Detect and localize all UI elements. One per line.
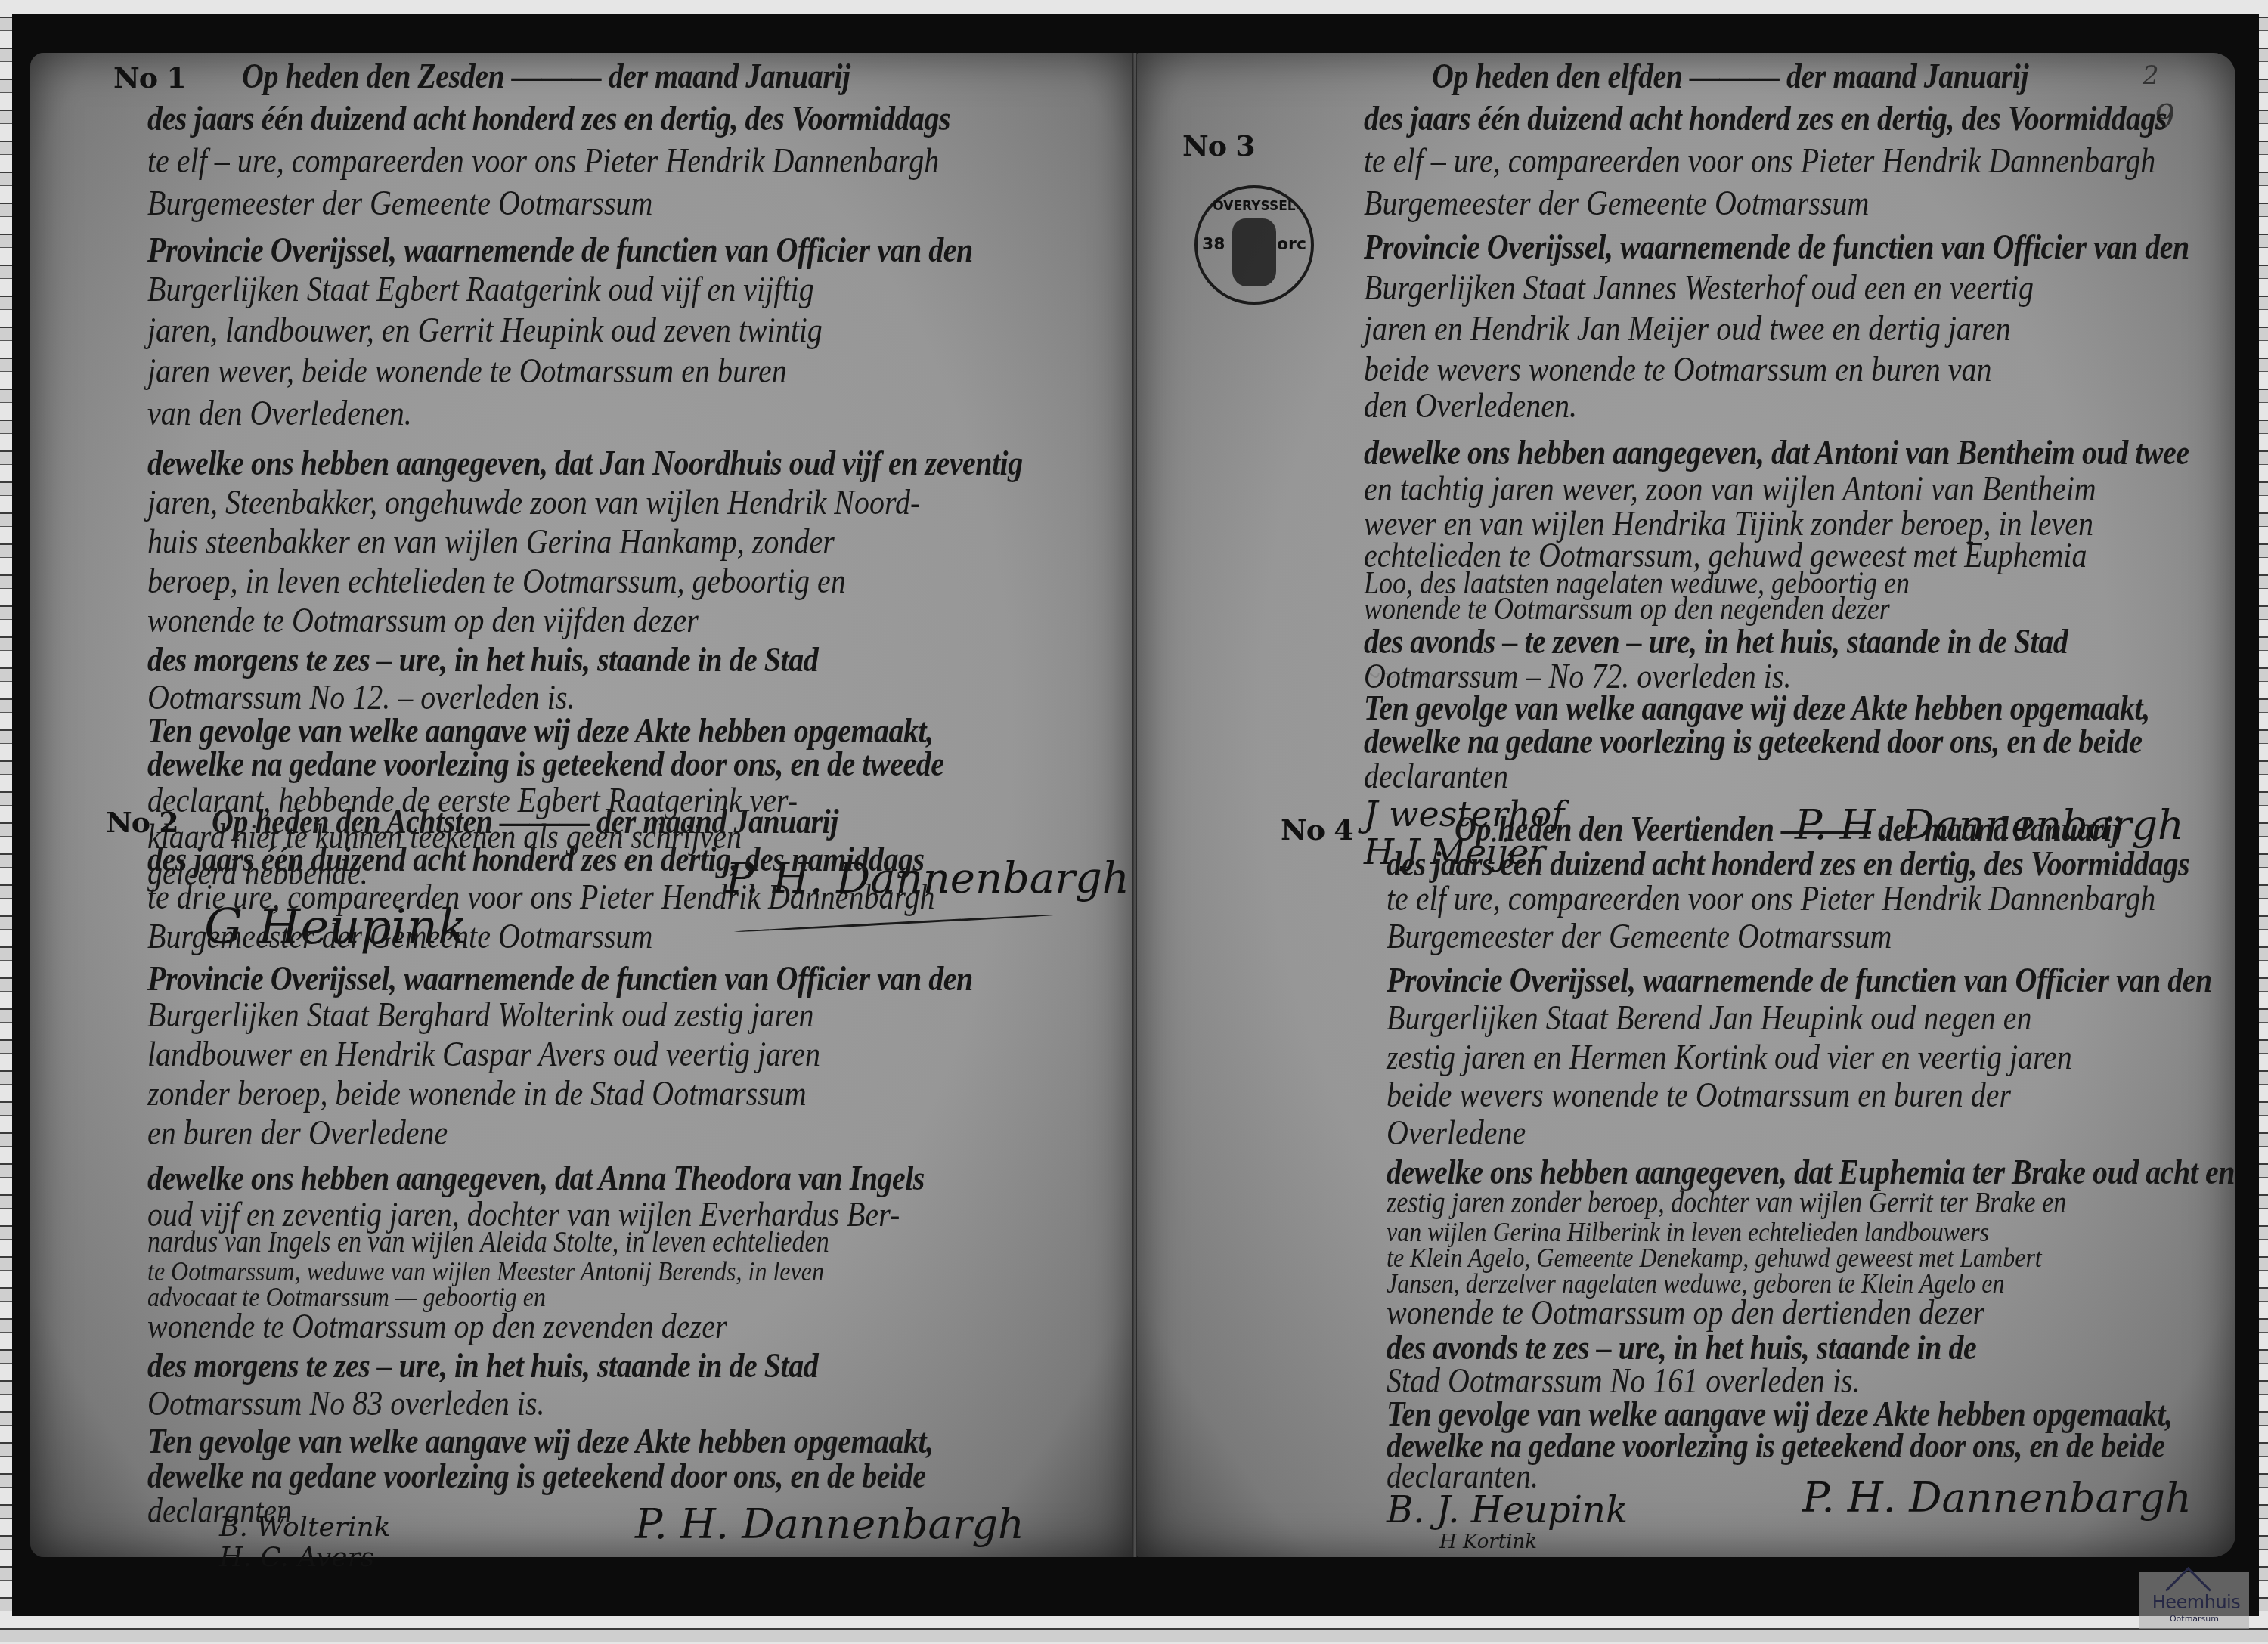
record-line: huis steenbakker en van wijlen Gerina Ha…	[147, 525, 835, 559]
record-line: Ten gevolge van welke aangave wij deze A…	[147, 1424, 934, 1459]
left-page: No 1 Op heden den Zesden ——— der maand J…	[30, 53, 1134, 1557]
record-line: Op heden den elfden ——— der maand Januar…	[1432, 59, 2028, 94]
record-line: des avonds – te zeven – ure, in het huis…	[1364, 624, 2068, 659]
record-line-deceased: dewelke ons hebben aangegeven, dat Anton…	[1364, 435, 2189, 470]
record-line: te elf – ure, compareerden voor ons Piet…	[147, 144, 939, 178]
record-line: van den Overledenen.	[147, 396, 412, 431]
record-line: jaren wever, beide wonende te Ootmarssum…	[147, 354, 787, 389]
record-line: jaren, landbouwer, en Gerrit Heupink oud…	[147, 313, 823, 348]
record-line: dewelke na gedane voorlezing is geteeken…	[147, 1459, 925, 1494]
record-line: des jaars één duizend acht honderd zes e…	[1387, 847, 2189, 881]
record-line: Burgerlijken Staat Berghard Wolterink ou…	[147, 998, 813, 1033]
crown-icon	[1232, 218, 1276, 286]
record-line: beroep, in leven echtelieden te Ootmarss…	[147, 564, 846, 599]
record-line: Op heden den Veertienden ——— der maand J…	[1455, 812, 2120, 847]
record-line: wonende te Ootmarssum op den vijfden dez…	[147, 603, 699, 638]
record-line: Provincie Overijssel, waarnemende de fun…	[147, 233, 973, 268]
record-line: Ten gevolge van welke aangave wij deze A…	[1364, 691, 2150, 726]
record-line: wonende te Ootmarssum op den dertienden …	[1387, 1296, 1984, 1330]
record-line: Ootmarssum No 83 overleden is.	[147, 1386, 545, 1421]
logo-subtitle: Ootmarsum	[2139, 1614, 2249, 1624]
record-line-deceased: dewelke ons hebben aangegeven, dat Euphe…	[1387, 1155, 2235, 1190]
record-line: Stad Ootmarssum No 161 overleden is.	[1387, 1364, 1861, 1398]
record-number: No 2	[106, 805, 178, 839]
record-line: des morgens te zes – ure, in het huis, s…	[147, 1348, 818, 1383]
record-line: Overledene	[1387, 1116, 1526, 1150]
page-number: 2	[2143, 60, 2159, 91]
record-line: des jaars één duizend acht honderd zes e…	[147, 842, 924, 877]
signature-witness: H Kortink	[1439, 1531, 1537, 1553]
record-line: Op heden den Achtsten ——— der maand Janu…	[212, 804, 838, 839]
record-number: No 1	[113, 60, 186, 94]
record-line: wonende te Ootmarssum op den negenden de…	[1364, 593, 1890, 624]
record-line: Burgemeester der Gemeente Ootmarssum	[1364, 186, 1869, 221]
record-line: landbouwer en Hendrik Caspar Avers oud v…	[147, 1037, 820, 1072]
signature-mayor: P. H. Dannenbargh	[1802, 1474, 2192, 1522]
signature-witness: B. Wolterink	[219, 1512, 391, 1543]
record-line: des morgens te zes – ure, in het huis, s…	[147, 642, 818, 677]
record-line: des avonds te zes – ure, in het huis, st…	[1387, 1330, 1976, 1365]
stamp-left-text: 38	[1202, 235, 1225, 254]
record-line: nardus van Ingels en van wijlen Aleida S…	[147, 1228, 829, 1258]
record-line: te elf ure, compareerden voor ons Pieter…	[1387, 881, 2155, 916]
record-line: te elf – ure, compareerden voor ons Piet…	[1364, 144, 2155, 178]
stamp-right-text: orc	[1277, 235, 1306, 254]
record-line: zestig jaren zonder beroep, dochter van …	[1387, 1189, 2066, 1218]
record-line: declaranten	[1364, 759, 1508, 794]
overijssel-seal-stamp: OVERYSSEL 38 orc	[1194, 185, 1314, 305]
record-line: Burgerlijken Staat Berend Jan Heupink ou…	[1387, 1001, 2031, 1036]
record-line: jaren en Hendrik Jan Meijer oud twee en …	[1364, 311, 2011, 346]
record-line: Provincie Overijssel, waarnemende de fun…	[147, 961, 973, 996]
record-line: Burgemeester der Gemeente Ootmarssum	[147, 919, 652, 954]
logo-name: Heemhuis	[2139, 1592, 2253, 1613]
record-line-deceased: dewelke ons hebben aangegeven, dat Anna …	[147, 1161, 925, 1196]
record-line: den Overledenen.	[1364, 389, 1577, 423]
signature-witness: B. J. Heupink	[1387, 1489, 1628, 1531]
record-line: beide wevers wonende te Ootmarssum en bu…	[1364, 352, 1992, 387]
record-line: Provincie Overijssel, waarnemende de fun…	[1364, 230, 2189, 265]
signature-flourish	[733, 914, 1058, 933]
record-line: zonder beroep, beide wonende in de Stad …	[147, 1076, 807, 1111]
record-line: en buren der Overledene	[147, 1116, 448, 1150]
record-line: te drie ure, compareerden voor ons Piete…	[147, 880, 935, 915]
signature-mayor: P. H. Dannenbargh	[635, 1500, 1024, 1548]
record-line: Burgerlijken Staat Egbert Raatgerink oud…	[147, 272, 814, 307]
record-number: No 4	[1281, 813, 1353, 847]
record-line: Burgerlijken Staat Jannes Westerhof oud …	[1364, 271, 2034, 305]
record-line: des jaars één duizend acht honderd zes e…	[147, 101, 950, 136]
record-line: des jaars één duizend acht honderd zes e…	[1364, 101, 2167, 136]
heemhuis-logo: Heemhuis Ootmarsum	[2139, 1572, 2249, 1629]
record-line: zestig jaren en Hermen Kortink oud vier …	[1387, 1040, 2072, 1075]
signature-witness: H. C. Avers	[219, 1542, 374, 1573]
record-line: Provincie Overijssel, waarnemende de fun…	[1387, 963, 2212, 998]
record-line: jaren, Steenbakker, ongehuwde zoon van w…	[147, 485, 920, 520]
stamp-province-text: OVERYSSEL	[1198, 199, 1311, 214]
record-line: dewelke na gedane voorlezing is geteeken…	[147, 747, 943, 782]
record-line: beide wevers wonende te Ootmarssum en bu…	[1387, 1078, 2011, 1113]
record-line: Burgemeester der Gemeente Ootmarssum	[147, 186, 652, 221]
record-line-deceased: dewelke ons hebben aangegeven, dat Jan N…	[147, 446, 1023, 481]
record-number: No 3	[1182, 128, 1255, 163]
record-line: dewelke na gedane voorlezing is geteeken…	[1364, 724, 2142, 759]
record-line: Burgemeester der Gemeente Ootmarssum	[1387, 919, 1892, 954]
record-line: Ten gevolge van welke aangave wij deze A…	[147, 714, 934, 748]
record-line: en tachtig jaren wever, zoon van wijlen …	[1364, 472, 2096, 506]
record-line: Op heden den Zesden ——— der maand Januar…	[242, 59, 850, 94]
record-line: wonende te Ootmarssum op den zevenden de…	[147, 1309, 727, 1344]
record-line: Ootmarssum No 12. – overleden is.	[147, 680, 575, 715]
